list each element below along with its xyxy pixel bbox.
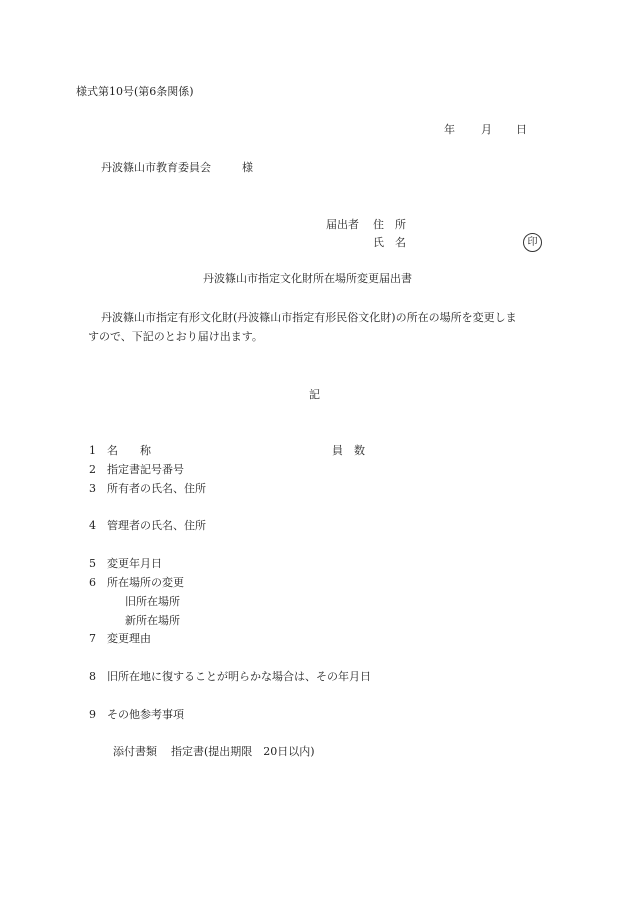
list-item-2: 2指定書記号番号 — [89, 464, 184, 475]
list-item-9: 9その他参考事項 — [89, 709, 184, 720]
ki-heading: 記 — [309, 389, 320, 400]
list-item-8: 8旧所在地に復することが明らかな場合は、その年月日 — [89, 671, 371, 682]
list-item-3: 3所有者の氏名、住所 — [89, 483, 206, 494]
list-item-7: 7変更理由 — [89, 633, 151, 644]
attachment-label: 添付書類 — [113, 746, 157, 757]
seal-mark: 印 — [523, 233, 542, 252]
body-line-1: 丹波篠山市指定有形文化財(丹波篠山市指定有形民俗文化財)の所在の場所を変更しま — [101, 312, 517, 323]
body-line-2: すので、下記のとおり届け出ます。 — [88, 331, 263, 342]
list-item-5: 5変更年月日 — [89, 558, 162, 569]
applicant-name-label: 氏 名 — [373, 237, 406, 248]
form-number: 様式第10号(第6条関係) — [76, 86, 194, 97]
list-item-6: 6所在場所の変更 — [89, 577, 184, 588]
list-item-4: 4管理者の氏名、住所 — [89, 520, 206, 531]
attachment-value: 指定書(提出期限 20日以内) — [171, 746, 315, 757]
addressee-name: 丹波篠山市教育委員会 — [101, 162, 211, 173]
sub-item-new-location: 新所在場所 — [125, 615, 180, 626]
addressee-honorific: 様 — [242, 162, 253, 173]
date-year: 年 — [444, 124, 455, 135]
document-title: 丹波篠山市指定文化財所在場所変更届出書 — [203, 273, 412, 284]
sub-item-old-location: 旧所在場所 — [125, 596, 180, 607]
date-day: 日 — [516, 124, 527, 135]
item-1-count-label: 員 数 — [332, 445, 365, 456]
applicant-label: 届出者 — [326, 219, 359, 230]
applicant-address-label: 住 所 — [373, 219, 406, 230]
list-item-1: 1名 称 — [89, 445, 151, 456]
date-month: 月 — [481, 124, 492, 135]
